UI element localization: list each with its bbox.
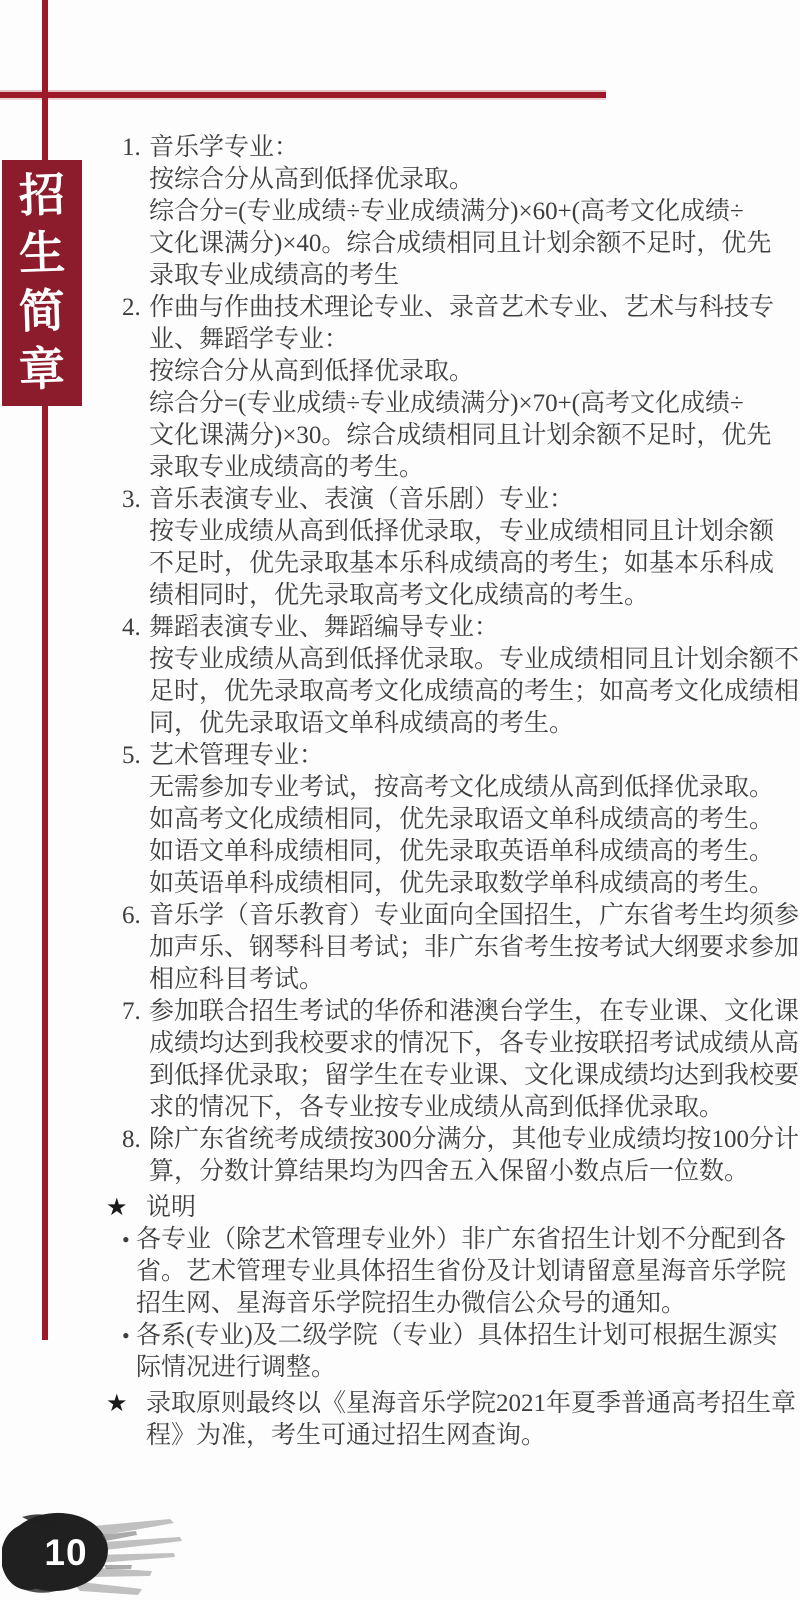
horizontal-red-rule	[0, 92, 606, 98]
list-item: ★ 说明	[106, 1192, 742, 1224]
list-item-lines: 说明	[146, 1192, 742, 1224]
list-marker: ★	[106, 1388, 146, 1420]
text-line: 除广东省统考成绩按300分满分，其他专业成绩均按100分计	[149, 1124, 799, 1156]
list-item: ★ 录取原则最终以《星海音乐学院2021年夏季普通高考招生章程》为准，考生可通过…	[106, 1388, 742, 1452]
text-line: 如英语单科成绩相同，优先录取数学单科成绩高的考生。	[149, 868, 774, 900]
list-marker: 1.	[122, 132, 149, 164]
text-line: 舞蹈表演专业、舞蹈编导专业：	[149, 612, 799, 644]
text-line: 综合分=(专业成绩÷专业成绩满分)×70+(高考文化成绩÷	[149, 388, 774, 420]
list-item: 3. 音乐表演专业、表演（音乐剧）专业：按专业成绩从高到低择优录取，专业成绩相同…	[106, 484, 742, 612]
text-line: 算，分数计算结果均为四舍五入保留小数点后一位数。	[149, 1156, 799, 1188]
page-number-ink-splash	[2, 1505, 202, 1600]
text-line: 音乐表演专业、表演（音乐剧）专业：	[149, 484, 774, 516]
text-line: 求的情况下，各专业按专业成绩从高到低择优录取。	[149, 1092, 799, 1124]
text-line: 成绩均达到我校要求的情况下，各专业按联招考试成绩从高	[149, 1028, 799, 1060]
list-item: 7. 参加联合招生考试的华侨和港澳台学生，在专业课、文化课成绩均达到我校要求的情…	[106, 996, 742, 1124]
list-item: • 各专业（除艺术管理专业外）非广东省招生计划不分配到各省。艺术管理专业具体招生…	[106, 1224, 742, 1320]
text-line: 文化课满分)×40。综合成绩相同且计划余额不足时，优先	[149, 228, 771, 260]
list-marker: 2.	[122, 292, 149, 324]
list-marker: 8.	[122, 1124, 149, 1156]
text-line: 省。艺术管理专业具体招生省份及计划请留意星海音乐学院	[136, 1256, 786, 1288]
list-item-lines: 音乐学（音乐教育）专业面向全国招生，广东省考生均须参加声乐、钢琴科目考试；非广东…	[149, 900, 799, 996]
list-item-lines: 作曲与作曲技术理论专业、录音艺术专业、艺术与科技专业、舞蹈学专业：按综合分从高到…	[149, 292, 774, 484]
text-line: 艺术管理专业：	[149, 740, 774, 772]
text-line: 招生网、星海音乐学院招生办微信公众号的通知。	[136, 1288, 786, 1320]
list-marker: 5.	[122, 740, 149, 772]
list-marker: 4.	[122, 612, 149, 644]
text-line: 到低择优录取；留学生在专业课、文化课成绩均达到我校要	[149, 1060, 799, 1092]
text-line: 不足时，优先录取基本乐科成绩高的考生；如基本乐科成	[149, 548, 774, 580]
list-item: 2. 作曲与作曲技术理论专业、录音艺术专业、艺术与科技专业、舞蹈学专业：按综合分…	[106, 292, 742, 484]
list-item-lines: 参加联合招生考试的华侨和港澳台学生，在专业课、文化课成绩均达到我校要求的情况下，…	[149, 996, 799, 1124]
list-marker: 6.	[122, 900, 149, 932]
page-number: 10	[36, 1532, 96, 1574]
list-item: 1. 音乐学专业：按综合分从高到低择优录取。综合分=(专业成绩÷专业成绩满分)×…	[106, 132, 742, 292]
text-line: 按综合分从高到低择优录取。	[149, 164, 771, 196]
text-line: 按综合分从高到低择优录取。	[149, 356, 774, 388]
list-item-lines: 舞蹈表演专业、舞蹈编导专业：按专业成绩从高到低择优录取。专业成绩相同且计划余额不…	[149, 612, 799, 740]
list-item-lines: 录取原则最终以《星海音乐学院2021年夏季普通高考招生章程》为准，考生可通过招生…	[146, 1388, 796, 1452]
text-line: 无需参加专业考试，按高考文化成绩从高到低择优录取。	[149, 772, 774, 804]
admission-rules-text-block: 1. 音乐学专业：按综合分从高到低择优录取。综合分=(专业成绩÷专业成绩满分)×…	[106, 132, 742, 1452]
list-item: • 各系(专业)及二级学院（专业）具体招生计划可根据生源实际情况进行调整。	[106, 1320, 742, 1384]
chapter-tab-admissions-brochure: 招 生 简 章	[2, 160, 82, 406]
chapter-tab-char: 章	[18, 343, 66, 397]
chapter-tab-char: 招	[18, 169, 66, 223]
text-line: 相应科目考试。	[149, 964, 799, 996]
text-line: 际情况进行调整。	[136, 1352, 778, 1384]
list-item-lines: 各专业（除艺术管理专业外）非广东省招生计划不分配到各省。艺术管理专业具体招生省份…	[136, 1224, 786, 1320]
list-item-lines: 艺术管理专业：无需参加专业考试，按高考文化成绩从高到低择优录取。如高考文化成绩相…	[149, 740, 774, 900]
list-marker: 3.	[122, 484, 149, 516]
list-marker: ★	[106, 1192, 146, 1224]
list-marker: 7.	[122, 996, 149, 1028]
text-line: 文化课满分)×30。综合成绩相同且计划余额不足时，优先	[149, 420, 774, 452]
list-item-lines: 各系(专业)及二级学院（专业）具体招生计划可根据生源实际情况进行调整。	[136, 1320, 778, 1384]
text-line: 加声乐、钢琴科目考试；非广东省考生按考试大纲要求参加	[149, 932, 799, 964]
text-line: 业、舞蹈学专业：	[149, 324, 774, 356]
list-item: 8. 除广东省统考成绩按300分满分，其他专业成绩均按100分计算，分数计算结果…	[106, 1124, 742, 1188]
text-line: 音乐学（音乐教育）专业面向全国招生，广东省考生均须参	[149, 900, 799, 932]
text-line: 作曲与作曲技术理论专业、录音艺术专业、艺术与科技专	[149, 292, 774, 324]
list-item: 4. 舞蹈表演专业、舞蹈编导专业：按专业成绩从高到低择优录取。专业成绩相同且计划…	[106, 612, 742, 740]
text-line: 如高考文化成绩相同，优先录取语文单科成绩高的考生。	[149, 804, 774, 836]
text-line: 各系(专业)及二级学院（专业）具体招生计划可根据生源实	[136, 1320, 778, 1352]
text-line: 如语文单科成绩相同，优先录取英语单科成绩高的考生。	[149, 836, 774, 868]
ink-brush-stroke-icon	[2, 1505, 202, 1600]
list-marker: •	[122, 1224, 136, 1256]
list-marker: •	[122, 1320, 136, 1352]
text-line: 音乐学专业：	[149, 132, 771, 164]
text-line: 录取专业成绩高的考生	[149, 260, 771, 292]
list-item: 6. 音乐学（音乐教育）专业面向全国招生，广东省考生均须参加声乐、钢琴科目考试；…	[106, 900, 742, 996]
list-item: 5. 艺术管理专业：无需参加专业考试，按高考文化成绩从高到低择优录取。如高考文化…	[106, 740, 742, 900]
text-line: 说明	[146, 1192, 742, 1224]
text-line: 足时，优先录取高考文化成绩高的考生；如高考文化成绩相	[149, 676, 799, 708]
text-line: 程》为准，考生可通过招生网查询。	[146, 1420, 796, 1452]
text-line: 同，优先录取语文单科成绩高的考生。	[149, 708, 799, 740]
list-item-lines: 除广东省统考成绩按300分满分，其他专业成绩均按100分计算，分数计算结果均为四…	[149, 1124, 799, 1188]
text-line: 绩相同时，优先录取高考文化成绩高的考生。	[149, 580, 774, 612]
chapter-tab-char: 简	[18, 285, 66, 339]
text-line: 综合分=(专业成绩÷专业成绩满分)×60+(高考文化成绩÷	[149, 196, 771, 228]
text-line: 按专业成绩从高到低择优录取，专业成绩相同且计划余额	[149, 516, 774, 548]
text-line: 按专业成绩从高到低择优录取。专业成绩相同且计划余额不	[149, 644, 799, 676]
list-item-lines: 音乐表演专业、表演（音乐剧）专业：按专业成绩从高到低择优录取，专业成绩相同且计划…	[149, 484, 774, 612]
text-line: 参加联合招生考试的华侨和港澳台学生，在专业课、文化课	[149, 996, 799, 1028]
text-line: 录取原则最终以《星海音乐学院2021年夏季普通高考招生章	[146, 1388, 796, 1420]
text-line: 录取专业成绩高的考生。	[149, 452, 774, 484]
list-item-lines: 音乐学专业：按综合分从高到低择优录取。综合分=(专业成绩÷专业成绩满分)×60+…	[149, 132, 771, 292]
text-line: 各专业（除艺术管理专业外）非广东省招生计划不分配到各	[136, 1224, 786, 1256]
chapter-tab-char: 生	[18, 227, 66, 281]
